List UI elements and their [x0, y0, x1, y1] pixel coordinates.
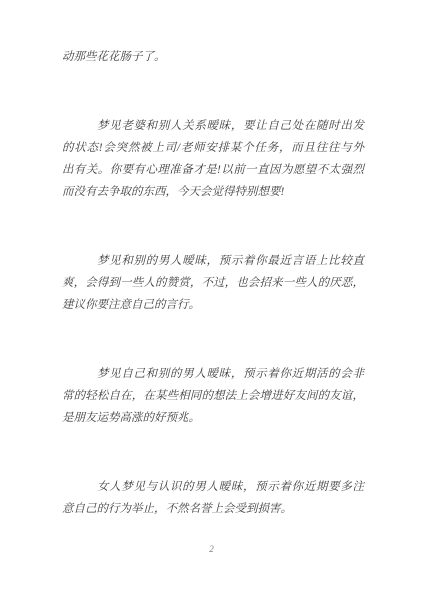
page-number: 2 [0, 542, 423, 556]
text-line: 动那些花花肠子了。 [62, 46, 364, 68]
text-line: 出有关。你要有心理准备才是!以前一直因为愿望不太强烈 [62, 159, 364, 181]
text-line: 的状态!会突然被上司/老师安排某个任务，而且往往与外 [62, 137, 364, 159]
paragraph-dream-other-man: 梦见和别的男人暧昧，预示着你最近言语上比较直 爽，会得到一些人的赞赏，不过，也会… [62, 250, 364, 316]
document-body: 动那些花花肠子了。 梦见老婆和别人关系暧昧，要让自己处在随时出发 的状态!会突然… [62, 46, 364, 520]
text-line: 爽，会得到一些人的赞赏，不过，也会招来一些人的厌恶， [62, 272, 364, 294]
text-line: 梦见自己和别的男人暧昧，预示着你近期活的会非 [62, 363, 364, 385]
text-line: 意自己的行为举止，不然名誉上会受到损害。 [62, 498, 364, 520]
text-line: 而没有去争取的东西，今天会觉得特别想要! [62, 181, 364, 203]
text-line: 女人梦见与认识的男人暧昧，预示着你近期要多注 [62, 476, 364, 498]
paragraph-dream-wife: 梦见老婆和别人关系暧昧，要让自己处在随时出发 的状态!会突然被上司/老师安排某个… [62, 115, 364, 203]
paragraph-dream-self-other-man: 梦见自己和别的男人暧昧，预示着你近期活的会非 常的轻松自在，在某些相同的想法上会… [62, 363, 364, 429]
text-line: 是朋友运势高涨的好预兆。 [62, 407, 364, 429]
text-line: 梦见老婆和别人关系暧昧，要让自己处在随时出发 [62, 115, 364, 137]
text-line: 常的轻松自在，在某些相同的想法上会增进好友间的友谊， [62, 385, 364, 407]
text-line: 梦见和别的男人暧昧，预示着你最近言语上比较直 [62, 250, 364, 272]
paragraph-woman-dream-known-man: 女人梦见与认识的男人暧昧，预示着你近期要多注 意自己的行为举止，不然名誉上会受到… [62, 476, 364, 520]
paragraph-continuation: 动那些花花肠子了。 [62, 46, 364, 68]
text-line: 建议你要注意自己的言行。 [62, 294, 364, 316]
